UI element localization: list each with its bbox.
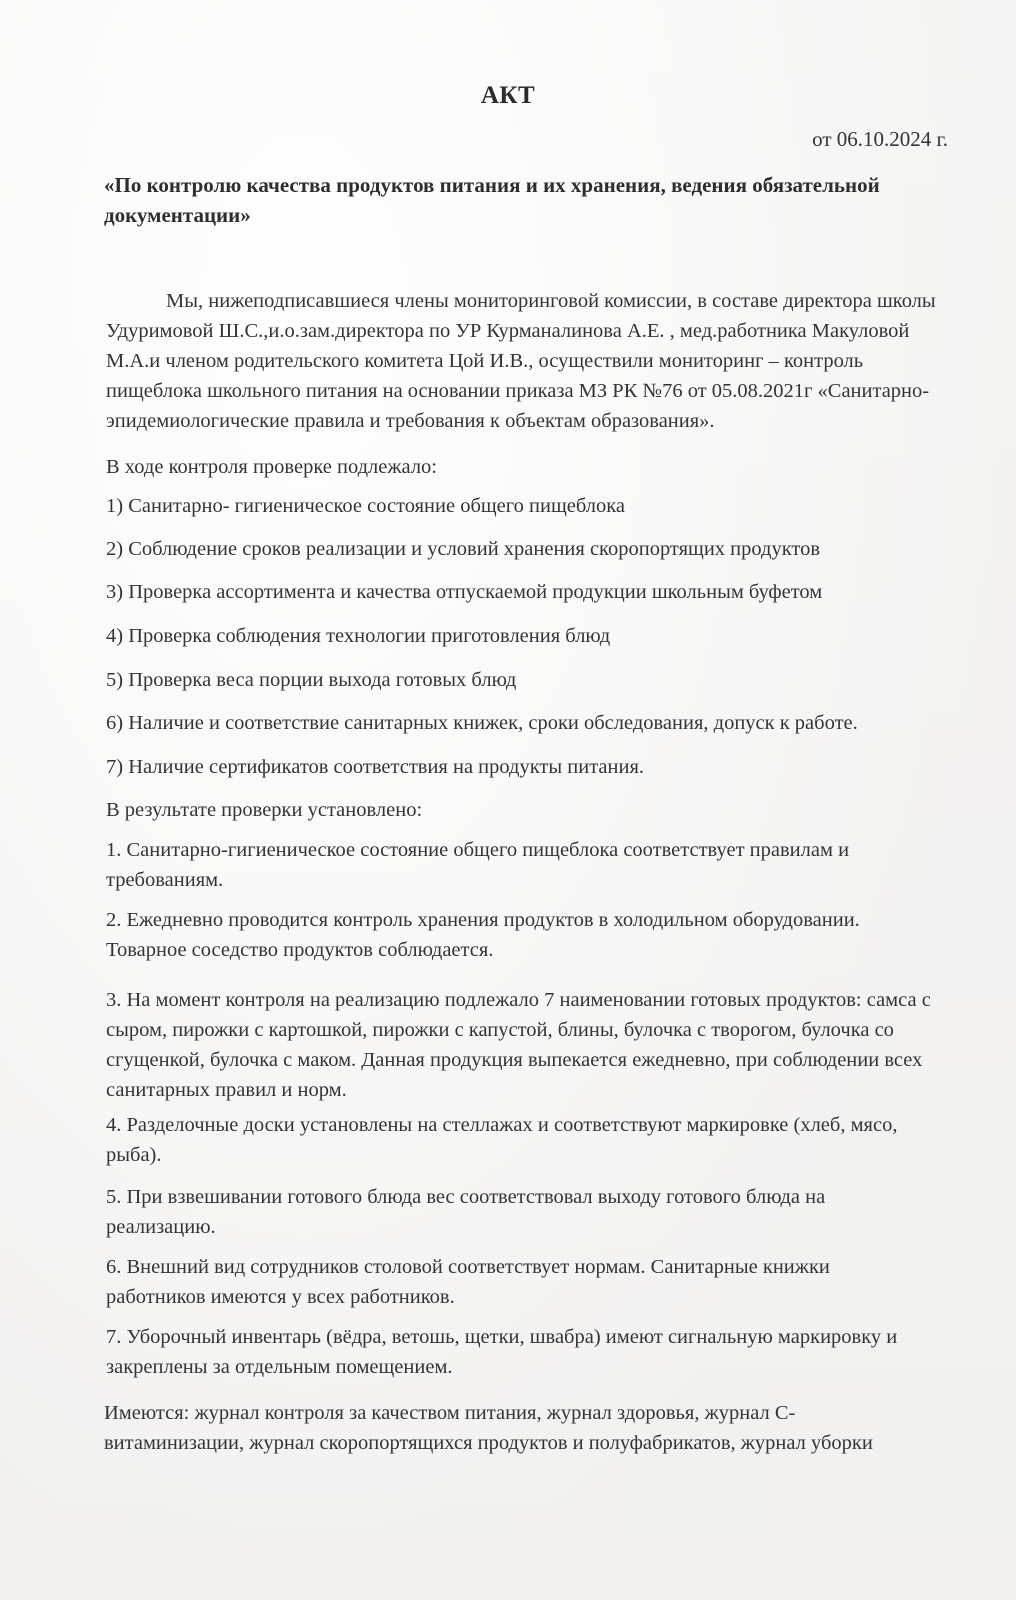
result-item: 3. На момент контроля на реализацию подл… <box>106 985 946 1105</box>
checked-item: 5) Проверка веса порции выхода готовых б… <box>106 665 956 695</box>
checked-item: 3) Проверка ассортимента и качества отпу… <box>106 577 956 607</box>
checked-heading: В ходе контроля проверке подлежало: <box>106 452 956 482</box>
intro-paragraph: Мы, нижеподписавшиеся члены мониторингов… <box>106 286 952 436</box>
result-item: 7. Уборочный инвентарь (вёдра, ветошь, щ… <box>106 1322 956 1382</box>
document-date: от 06.10.2024 г. <box>812 127 948 152</box>
result-item: 5. При взвешивании готового блюда вес со… <box>106 1182 906 1242</box>
results-heading: В результате проверки установлено: <box>106 795 956 825</box>
checked-item: 1) Санитарно- гигиеническое состояние об… <box>106 491 956 521</box>
document-subject: «По контролю качества продуктов питания … <box>104 170 944 230</box>
checked-item: 4) Проверка соблюдения технологии пригот… <box>106 621 956 651</box>
document-title: АКТ <box>0 82 1016 110</box>
checked-item: 6) Наличие и соответствие санитарных кни… <box>106 708 956 738</box>
result-item: 4. Разделочные доски установлены на стел… <box>106 1110 956 1170</box>
result-item: 6. Внешний вид сотрудников столовой соот… <box>106 1252 896 1312</box>
checked-item: 2) Соблюдение сроков реализации и услови… <box>106 534 956 564</box>
result-item: 2. Ежедневно проводится контроль хранени… <box>106 905 936 965</box>
result-item: 1. Санитарно-гигиеническое состояние общ… <box>106 835 906 895</box>
document-page: АКТ от 06.10.2024 г. «По контролю качест… <box>0 0 1016 1600</box>
checked-item: 7) Наличие сертификатов соответствия на … <box>106 752 956 782</box>
journals-paragraph: Имеются: журнал контроля за качеством пи… <box>104 1398 904 1458</box>
